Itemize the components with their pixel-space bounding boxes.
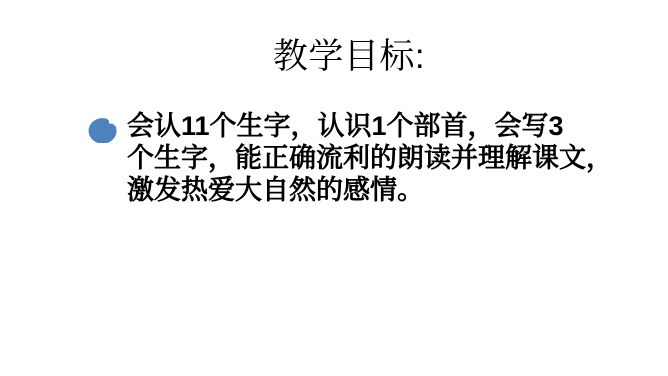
presentation-slide: 教学目标: 会认11个生字，认识1个部首，会写3 个生字，能正确流利的朗读并理解… [0,0,668,376]
bullet-text-line-3: 激发热爱大自然的感情。 [127,174,613,206]
bullet-paragraph: 会认11个生字，认识1个部首，会写3 个生字，能正确流利的朗读并理解课文， 激发… [88,110,613,206]
teardrop-bullet-icon [88,117,117,143]
bullet-text: 会认11个生字，认识1个部首，会写3 个生字，能正确流利的朗读并理解课文， 激发… [127,110,613,206]
slide-title: 教学目标: [15,36,668,78]
bullet-text-line-2: 个生字，能正确流利的朗读并理解课文， [127,142,613,174]
bullet-text-line-1: 会认11个生字，认识1个部首，会写3 [127,110,613,142]
bullet-highlight-dot [109,120,113,124]
